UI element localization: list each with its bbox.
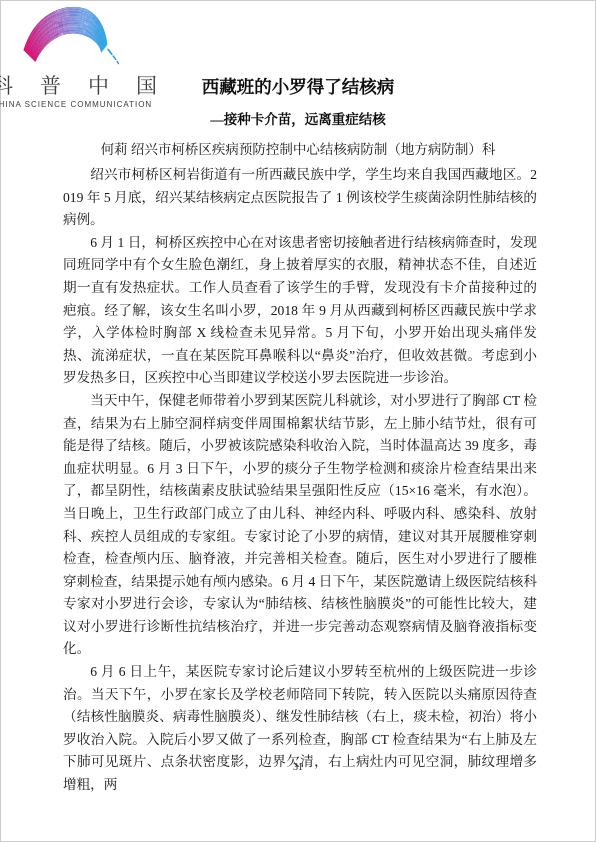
logo-swoosh-icon bbox=[16, 3, 130, 75]
paragraph-1: 绍兴市柯桥区柯岩街道有一所西藏民族中学，学生均来自我国西藏地区。2019 年 5… bbox=[63, 164, 537, 232]
paragraph-2: 6 月 1 日，柯桥区疾控中心在对该患者密切接触者进行结核病筛查时，发现同班同学… bbox=[63, 232, 537, 390]
article: 西藏班的小罗得了结核病 —接种卡介苗，远离重症结核 何莉 绍兴市柯桥区疾病预防控… bbox=[1, 77, 595, 797]
page-number: 31 bbox=[293, 762, 303, 773]
paragraph-3: 当天中午，保健老师带着小罗到某医院儿科就诊，对小罗进行了胸部 CT 检查，结果为… bbox=[63, 390, 537, 661]
article-subtitle: —接种卡介苗，远离重症结核 bbox=[1, 112, 595, 128]
logo: 科普中国 CHINA SCIENCE COMMUNICATION bbox=[0, 3, 182, 109]
logo-english-text: CHINA SCIENCE COMMUNICATION bbox=[0, 100, 182, 109]
logo-chinese-text: 科普中国 bbox=[0, 76, 182, 97]
article-body: 绍兴市柯桥区柯岩街道有一所西藏民族中学，学生均来自我国西藏地区。2019 年 5… bbox=[63, 164, 537, 797]
article-byline: 何莉 绍兴市柯桥区疾病预防控制中心结核病防制（地方病防制）科 bbox=[1, 141, 595, 159]
document-page: 科普中国 CHINA SCIENCE COMMUNICATION 西藏班的小罗得… bbox=[0, 0, 596, 842]
paragraph-4: 6 月 6 日上午，某医院专家讨论后建议小罗转至杭州的上级医院进一步诊治。当天下… bbox=[63, 661, 537, 797]
swoosh-tip-dashes bbox=[108, 49, 118, 63]
page-footer: 31 bbox=[1, 762, 595, 774]
